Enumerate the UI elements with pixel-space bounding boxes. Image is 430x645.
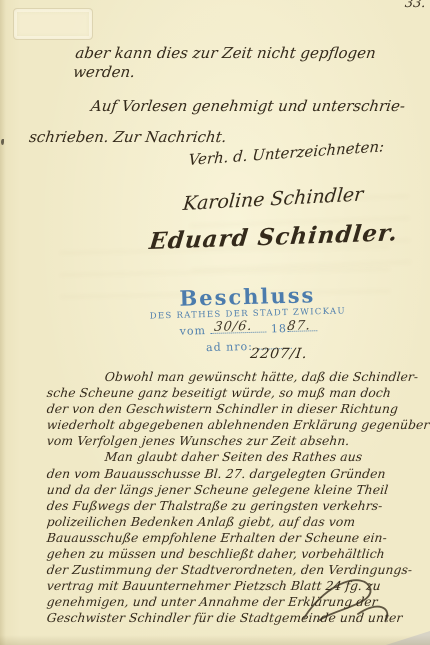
scan-corner-edge bbox=[386, 631, 430, 645]
closing-paragraph: aber kann dies zur Zeit nicht gepflogen … bbox=[28, 44, 430, 147]
signature-eduard-schindler: Eduard Schindler. bbox=[148, 219, 399, 255]
body-line: den vom Bauausschusse Bl. 27. dargelegte… bbox=[46, 466, 416, 482]
closing-line: Auf Vorlesen genehmigt und unterschrie- bbox=[32, 97, 426, 116]
body-line: des Fußwegs der Thalstraße zu geringsten… bbox=[46, 498, 416, 514]
handwritten-date: 30/6. bbox=[213, 319, 253, 335]
document-page: 33. aber kann dies zur Zeit nicht gepflo… bbox=[0, 0, 430, 645]
body-line: polizeilichen Bedenken Anlaß giebt, auf … bbox=[46, 514, 416, 530]
body-line: Bauausschuße empfohlene Erhalten der Sch… bbox=[46, 530, 416, 546]
body-line: wiederholt abgegebenen ablehnenden Erklä… bbox=[46, 417, 416, 433]
pen-flourish-stroke bbox=[298, 570, 398, 625]
page-edge-mark bbox=[1, 139, 4, 145]
body-line: vom Verfolgen jenes Wunsches zur Zeit ab… bbox=[46, 433, 416, 449]
page-number: 33. bbox=[404, 0, 427, 11]
body-line: Man glaubt daher Seiten des Rathes aus bbox=[46, 449, 416, 465]
body-line: sche Scheune ganz beseitigt würde, so mu… bbox=[46, 385, 416, 401]
body-line: gehen zu müssen und beschließt daher, vo… bbox=[46, 546, 416, 562]
body-line: und da der längs jener Scheune gelegene … bbox=[46, 482, 416, 498]
embossed-blind-stamp bbox=[13, 8, 93, 40]
stamp-year-prefix: 18 bbox=[271, 322, 287, 335]
body-line: der von den Geschwistern Schindler in di… bbox=[46, 401, 416, 417]
signature-karoline-schindler: Karoline Schindler bbox=[182, 183, 364, 215]
closing-line: aber kann dies zur Zeit nicht gepflogen … bbox=[36, 44, 430, 82]
stamp-vom-label: vom bbox=[179, 324, 206, 338]
handwritten-file-number: 2207/I. bbox=[128, 346, 370, 362]
body-line: Obwohl man gewünscht hätte, daß die Schi… bbox=[46, 369, 416, 385]
handwritten-year: 87. bbox=[286, 318, 311, 334]
